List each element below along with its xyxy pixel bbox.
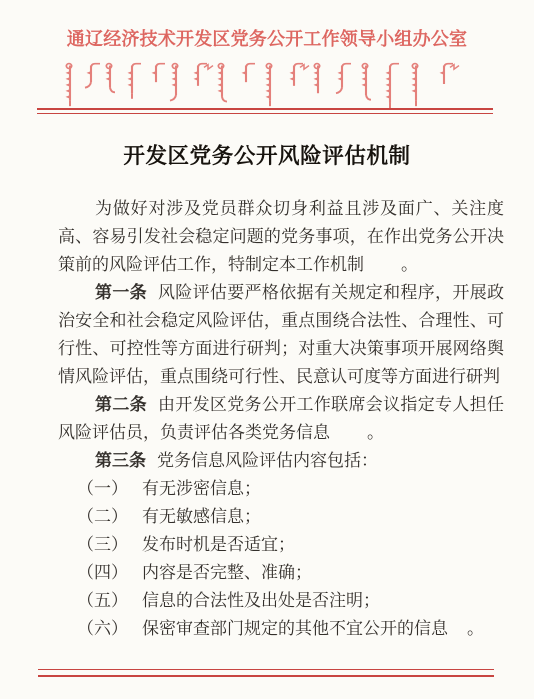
footer-double-rule (38, 669, 494, 677)
paragraph-text: 有无敏感信息； (142, 507, 261, 526)
paragraph-list: 为做好对涉及党员群众切身利益且涉及面广、关注度高、容易引发社会稳定问题的党务事项… (58, 195, 504, 643)
letterhead-org-name: 通辽经济技术开发区党务公开工作领导小组办公室 (0, 25, 534, 51)
paragraph-text: 为做好对涉及党员群众切身利益且涉及面广、关注度高、容易引发社会稳定问题的党务事项… (58, 199, 504, 274)
paragraph-lead: 第二条 (95, 395, 147, 414)
paragraph: （四）内容是否完整、准确； (58, 559, 504, 587)
scanned-document-page: 通辽经济技术开发区党务公开工作领导小组办公室 开发区党务公开风险评估机制 为做好… (0, 0, 534, 699)
paragraph-text: 发布时机是否适宜； (142, 535, 295, 554)
paragraph: （五）信息的合法性及出处是否注明； (58, 587, 504, 615)
paragraph-lead: 第一条 (95, 283, 147, 302)
paragraph-lead: （四） (77, 563, 128, 582)
document-title: 开发区党务公开风险评估机制 (0, 139, 534, 170)
paragraph-lead: 第三条 (95, 451, 146, 470)
paragraph-text: 保密审查部门规定的其他不宜公开的信息。 (142, 619, 448, 638)
paragraph: （六）保密审查部门规定的其他不宜公开的信息。 (58, 615, 504, 643)
paragraph: （一）有无涉密信息； (58, 475, 504, 503)
paragraph-lead: （三） (77, 535, 128, 554)
paragraph-lead: （二） (77, 507, 128, 526)
paragraph-lead: （五） (77, 591, 128, 610)
paragraph-text: 有无涉密信息； (142, 479, 261, 498)
paragraph: 第三条党务信息风险评估内容包括： (58, 447, 504, 475)
paragraph-text: 内容是否完整、准确； (142, 563, 312, 582)
mongolian-script-band (62, 60, 472, 108)
letterhead-double-rule (37, 108, 493, 114)
paragraph-lead: （一） (77, 479, 128, 498)
paragraph-lead: （六） (77, 619, 128, 638)
paragraph-text: 信息的合法性及出处是否注明； (142, 591, 380, 610)
paragraph: 第一条风险评估要严格依据有关规定和程序，开展政治安全和社会稳定风险评估，重点围绕… (58, 279, 504, 391)
paragraph: 为做好对涉及党员群众切身利益且涉及面广、关注度高、容易引发社会稳定问题的党务事项… (58, 195, 504, 279)
paragraph: （二）有无敏感信息； (58, 503, 504, 531)
paragraph: 第二条由开发区党务公开工作联席会议指定专人担任风险评估员，负责评估各类党务信息。 (58, 391, 504, 447)
paragraph: （三）发布时机是否适宜； (58, 531, 504, 559)
paragraph-text: 党务信息风险评估内容包括： (157, 451, 378, 470)
